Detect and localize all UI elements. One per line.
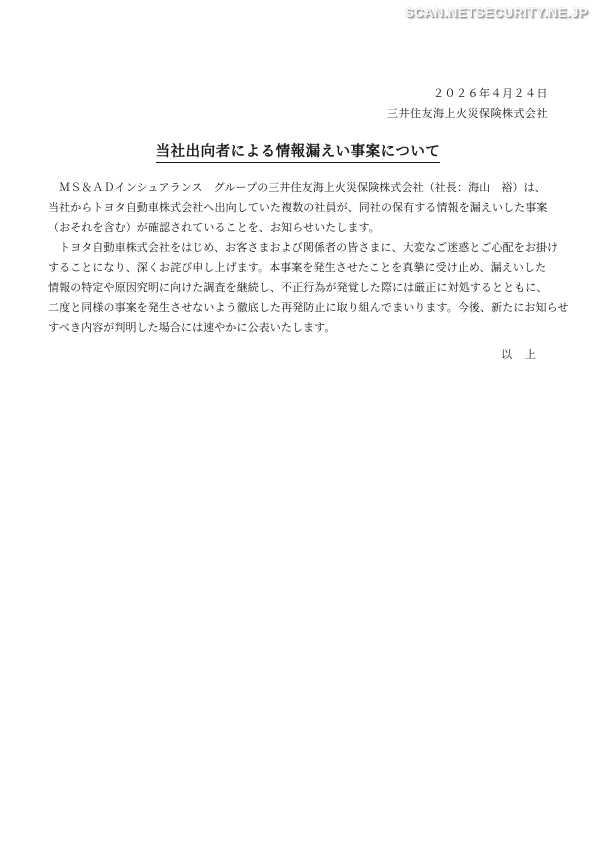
- document-title: 当社出向者による情報漏えい事案について: [156, 144, 441, 163]
- document-page: SCAN.NETSECURITY.NE.JP ２０２６年４月２４日 三井住友海上…: [0, 0, 595, 841]
- document-date: ２０２６年４月２４日: [48, 84, 548, 104]
- body-line-8: すべき内容が判明した場合には速やかに公表いたします。: [48, 318, 548, 338]
- closing-statement: 以 上: [48, 345, 548, 365]
- body-line-4: トヨタ自動車株式会社をはじめ、お客さまおよび関係者の皆さまに、大変なご迷惑とご心…: [48, 238, 548, 258]
- document-title-row: 当社出向者による情報漏えい事案について: [48, 142, 548, 162]
- body-line-6: 情報の特定や原因究明に向けた調査を継続し、不正行為が発覚した際には厳正に対処する…: [48, 278, 548, 298]
- company-name: 三井住友海上火災保険株式会社: [48, 104, 548, 124]
- body-line-2: 当社からトヨタ自動車株式会社へ出向していた複数の社員が、同社の保有する情報を漏え…: [48, 198, 548, 218]
- document-body: ＭＳ＆ＡＤインシュアランス グループの三井住友海上火災保険株式会社（社長：海山 …: [48, 178, 548, 338]
- body-line-1: ＭＳ＆ＡＤインシュアランス グループの三井住友海上火災保険株式会社（社長：海山 …: [48, 178, 548, 198]
- body-line-3: （おそれを含む）が確認されていることを、お知らせいたします。: [48, 218, 548, 238]
- body-line-7: 二度と同様の事案を発生させないよう徹底した再発防止に取り組んでまいります。今後、…: [48, 298, 548, 318]
- document-content: ２０２６年４月２４日 三井住友海上火災保険株式会社 当社出向者による情報漏えい事…: [48, 84, 548, 365]
- site-watermark: SCAN.NETSECURITY.NE.JP: [405, 5, 588, 20]
- body-line-5: することになり、深くお詫び申し上げます。本事案を発生させたことを真摯に受け止め、…: [48, 258, 548, 278]
